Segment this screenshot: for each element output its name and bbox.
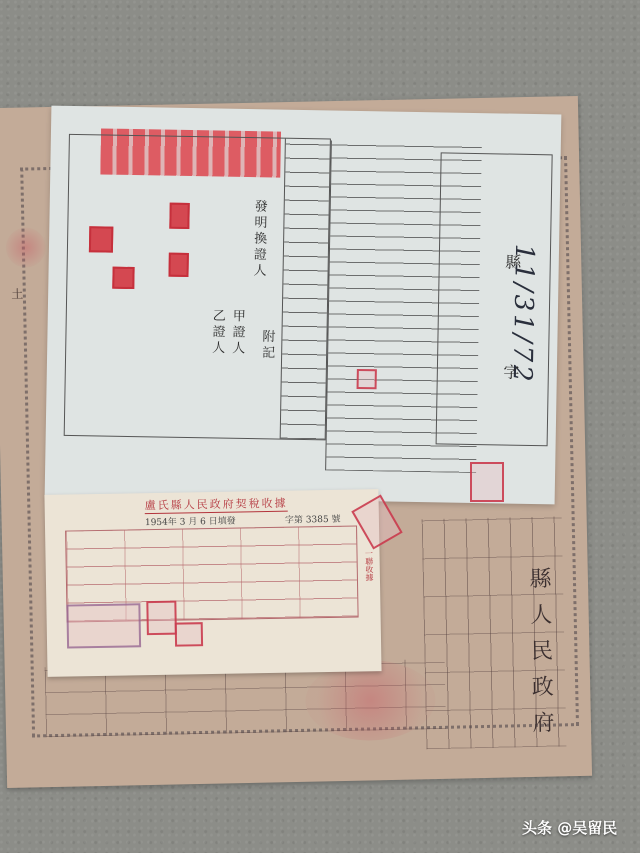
witness-column: 乙證人 xyxy=(207,308,227,356)
witness-column: 發明換證人 xyxy=(248,199,268,279)
red-seal xyxy=(470,462,504,502)
form-left-table xyxy=(64,134,331,441)
watermark-handle: @吴留民 xyxy=(557,819,617,837)
red-seal xyxy=(112,267,134,289)
certificate-title: 縣人民政府 xyxy=(523,567,558,748)
red-seal xyxy=(175,622,203,646)
certificate-margin-mark: 土 xyxy=(9,288,26,300)
witness-column: 甲證人 xyxy=(227,309,247,357)
receipt-date: 1954年 3 月 6 日填發 xyxy=(145,514,236,529)
purple-seal xyxy=(66,603,141,648)
red-seal xyxy=(89,226,113,252)
side-char-bottom: 字 xyxy=(499,363,522,382)
photo-scene: 縣人民政府 土 發明換證人 甲證人 乙證人 附記 縣 11/31/72 字 盧氏… xyxy=(0,0,640,853)
form-note: 附記 xyxy=(257,329,277,361)
receipt-title: 盧氏縣人民政府契稅收據 xyxy=(144,495,287,514)
form-left-rows xyxy=(280,139,330,440)
red-seal xyxy=(169,203,189,229)
red-seal xyxy=(357,369,377,389)
watermark: 头条 @吴留民 xyxy=(522,817,617,838)
red-seal xyxy=(146,601,177,636)
receipt-side-text: 一聯收據 xyxy=(363,549,375,581)
cream-tax-receipt: 盧氏縣人民政府契稅收據 1954年 3 月 6 日填發 字第 3385 號 一聯… xyxy=(44,489,381,677)
red-seal xyxy=(168,253,188,277)
blue-grey-form: 發明換證人 甲證人 乙證人 附記 縣 11/31/72 字 xyxy=(45,106,562,505)
receipt-serial: 字第 3385 號 xyxy=(285,512,341,526)
watermark-platform: 头条 xyxy=(522,819,552,837)
